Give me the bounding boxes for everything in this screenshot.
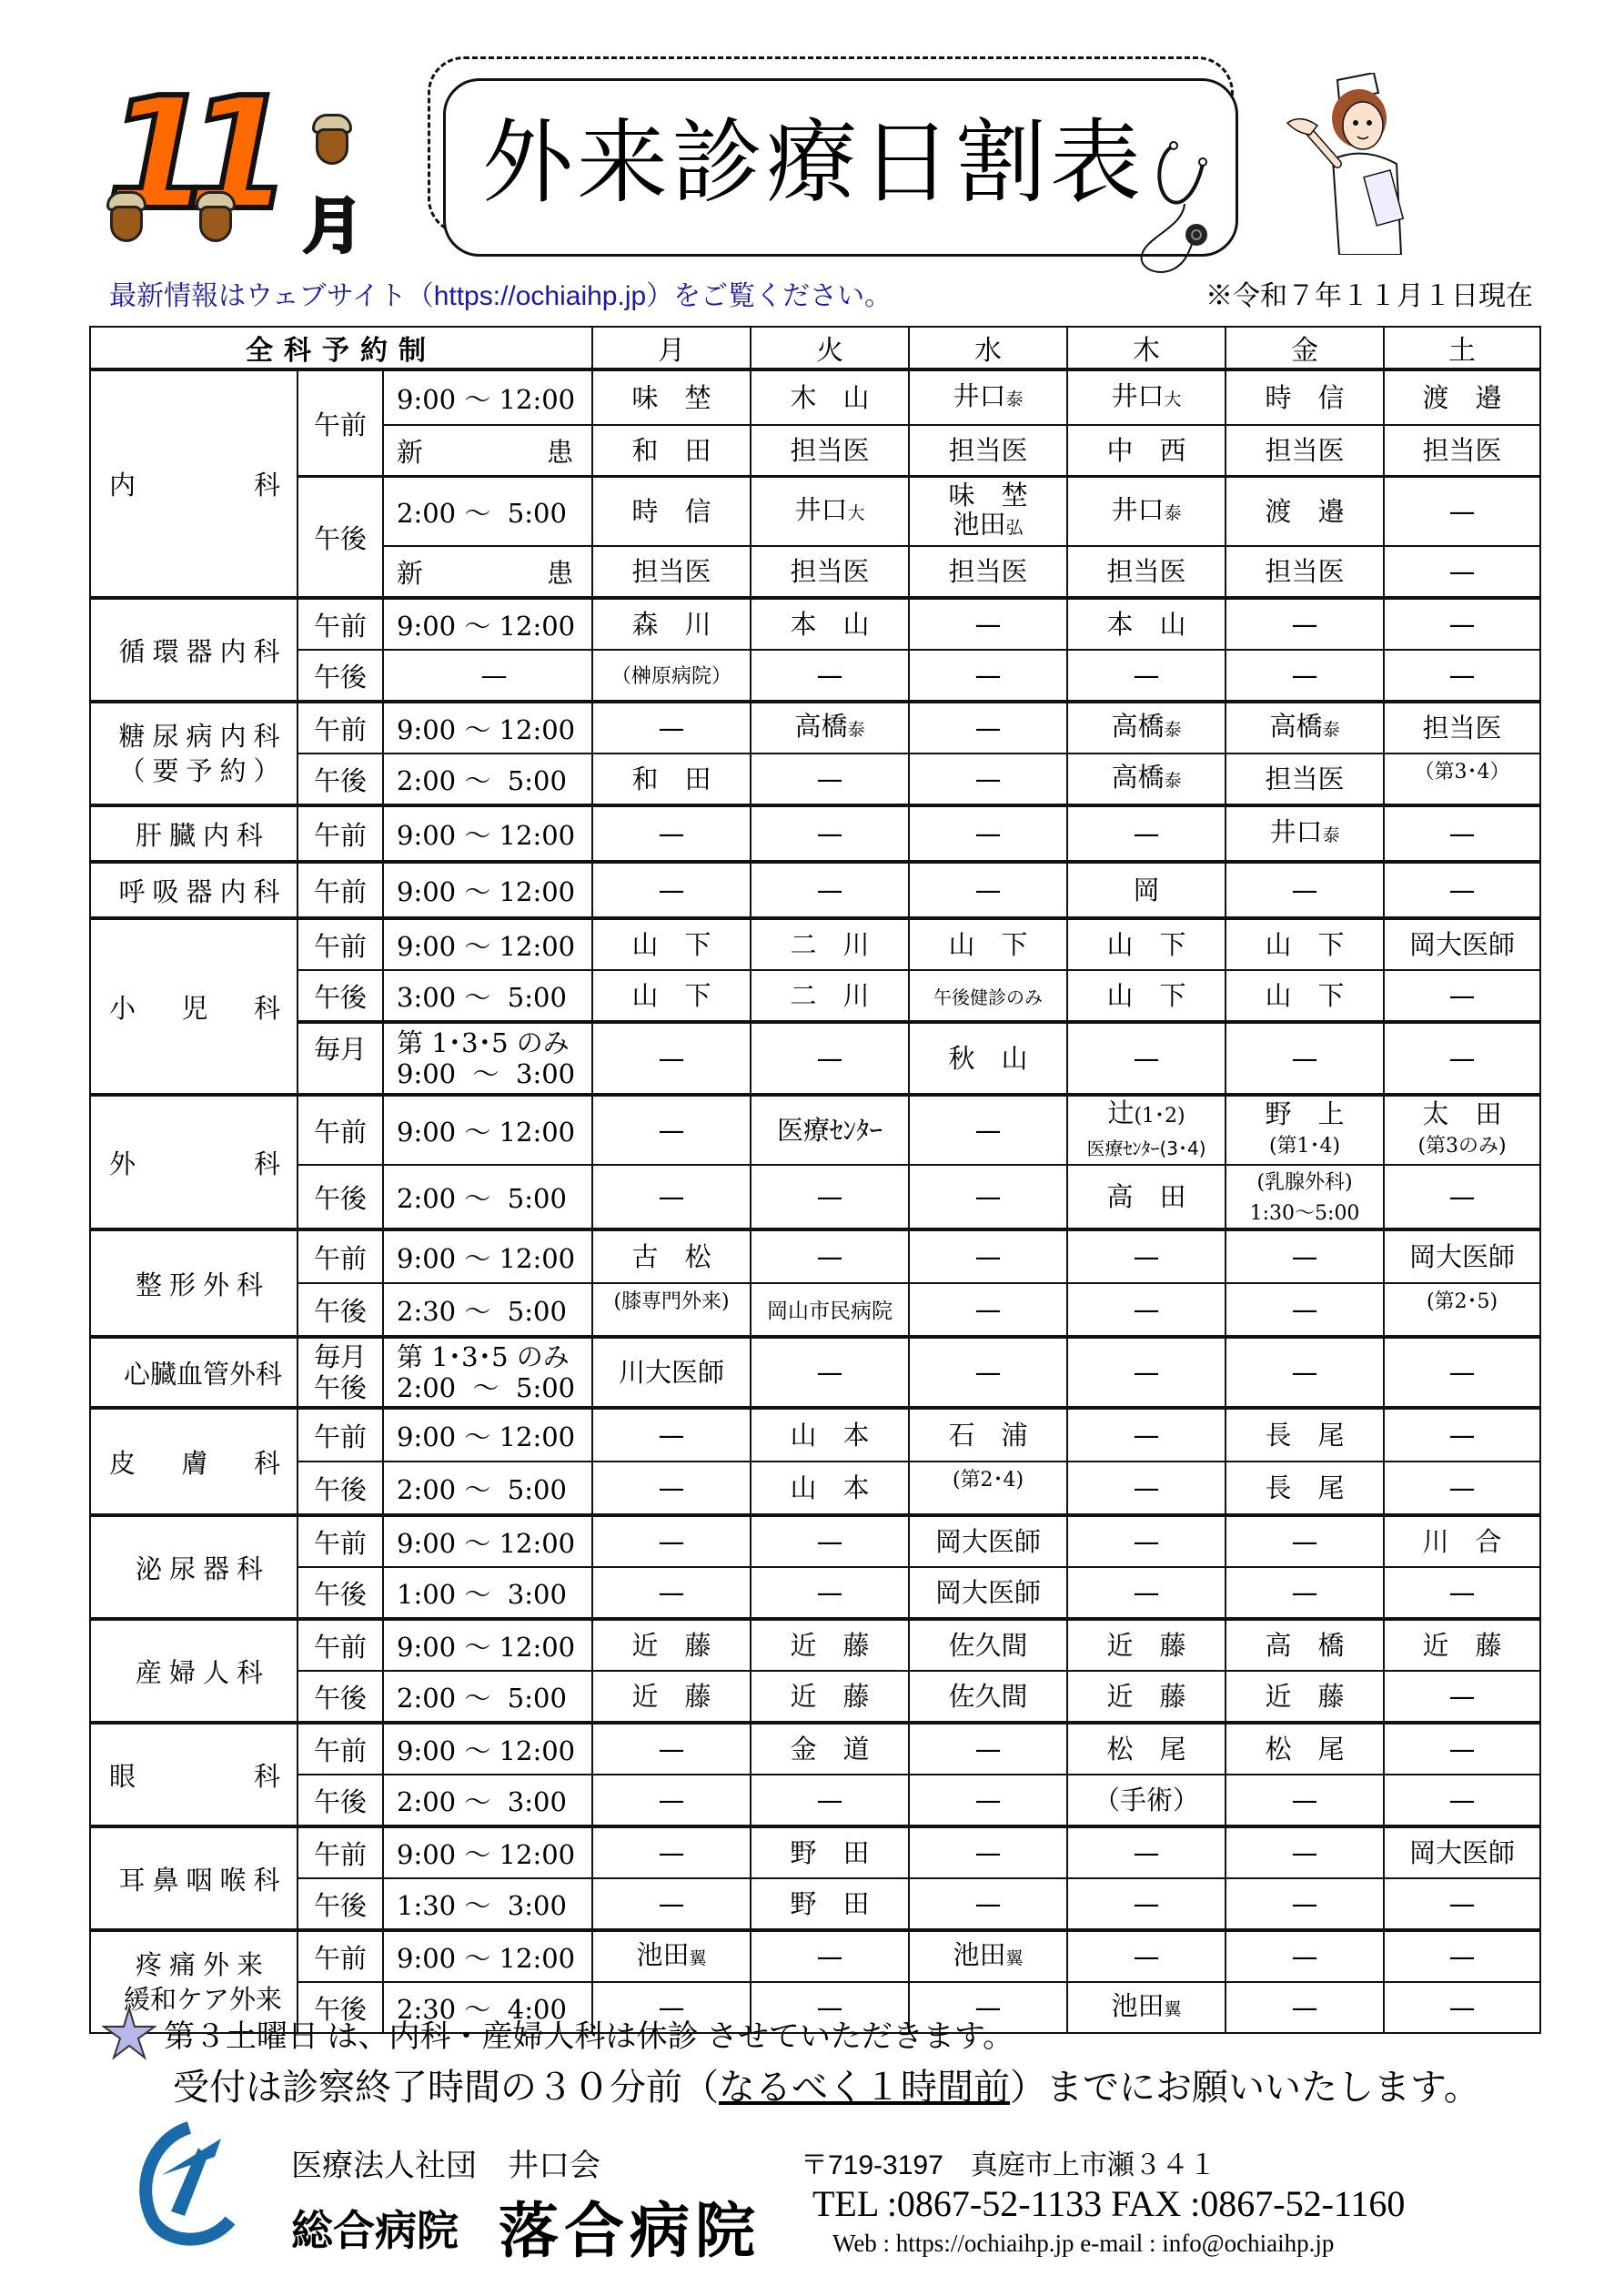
schedule-cell: 佐久間 [909,1619,1067,1671]
period-label: 午前 [298,1229,383,1283]
period-label: 午後 [298,477,383,599]
schedule-cell: 井口大 [1067,369,1226,425]
schedule-cell: 井口大 [751,477,909,547]
time-range: 2:00 ～ 5:00 [383,1165,592,1229]
schedule-cell: — [592,1515,751,1567]
schedule-cell: 山 下 [1226,970,1384,1022]
schedule-cell: 本 山 [751,598,909,650]
schedule-cell: 森 川 [592,598,751,650]
schedule-cell: 山 下 [1067,918,1226,970]
time-range: 1:30 ～ 3:00 [383,1878,592,1930]
schedule-cell: — [1226,1515,1384,1567]
schedule-cell: 岡大医師 [909,1567,1067,1619]
table-row: 産婦人科 午前 9:00 ～ 12:00 近 藤 近 藤 佐久間 近 藤 高 橋… [90,1619,1540,1671]
schedule-cell: — [592,1095,751,1165]
schedule-cell: — [1067,650,1226,702]
schedule-cell: — [1067,1515,1226,1567]
schedule-cell: 古 松 [592,1229,751,1283]
schedule-cell: 担当医 [592,546,751,598]
schedule-cell: 井口泰 [1226,805,1384,862]
schedule-cell: — [909,1723,1067,1775]
table-row: 循環器内科 午前 9:00 ～ 12:00 森 川 本 山 — 本 山 — — [90,598,1540,650]
schedule-cell: — [592,1878,751,1930]
title-frame: 外来診療日割表 [443,78,1238,257]
schedule-cell: 岡大医師 [1384,918,1540,970]
schedule-cell: 山 下 [909,918,1067,970]
time-range: 3:00 ～ 5:00 [383,970,592,1022]
time-range: 9:00 ～ 12:00 [383,598,592,650]
schedule-cell: — [1226,1878,1384,1930]
schedule-cell: 時 信 [592,477,751,547]
schedule-cell: — [1067,1826,1226,1878]
schedule-cell: — [592,1408,751,1462]
schedule-cell: 岡大医師 [1384,1826,1540,1878]
schedule-cell: 近 藤 [592,1671,751,1723]
schedule-cell: — [1226,1022,1384,1095]
period-label: 午前 [298,598,383,650]
schedule-cell: 近 藤 [1384,1619,1540,1671]
schedule-cell: (膝専門外来) [592,1283,751,1337]
page-title: 外来診療日割表 [446,108,1181,217]
period-label: 午前 [298,862,383,918]
period-label: 午前 [298,1826,383,1878]
schedule-cell: 二 川 [751,970,909,1022]
schedule-cell: — [592,1826,751,1878]
schedule-cell: — [1384,1930,1540,1982]
schedule-cell: 山 下 [1067,970,1226,1022]
schedule-cell: 松 尾 [1067,1723,1226,1775]
schedule-cell: — [592,1165,751,1229]
schedule-cell: — [909,1229,1067,1283]
schedule-cell: — [751,1775,909,1826]
schedule-cell: — [909,754,1067,805]
schedule-cell: 池田翼 [592,1930,751,1982]
schedule-cell: 近 藤 [592,1619,751,1671]
table-row: 小児科 午前 9:00 ～ 12:00 山 下 二 川 山 下 山 下 山 下 … [90,918,1540,970]
schedule-cell: — [1384,1408,1540,1462]
table-row: 整形外科 午前 9:00 ～ 12:00 古 松 — — — — 岡大医師 [90,1229,1540,1283]
time-range: 9:00 ～ 12:00 [383,1408,592,1462]
schedule-cell: — [751,1515,909,1567]
dept-otolaryngology: 耳鼻咽喉科 [90,1826,298,1930]
schedule-cell: 味 埜 [592,369,751,425]
schedule-cell: 近 藤 [1067,1619,1226,1671]
schedule-cell: 佐久間 [909,1671,1067,1723]
schedule-cell: 辻(1･2)医療ｾﾝﾀｰ(3･4) [1067,1095,1226,1165]
period-label: 午後 [298,1165,383,1229]
day-header-thu: 木 [1067,327,1226,369]
schedule-cell: — [1384,1878,1540,1930]
schedule-cell: 味 埜池田弘 [909,477,1067,547]
schedule-cell: 岡大医師 [1384,1229,1540,1283]
period-label: 午前 [298,1930,383,1982]
schedule-cell: 近 藤 [1067,1671,1226,1723]
schedule-cell: — [909,702,1067,754]
address: 〒719-3197 真庭市上市瀬３４１ [801,2142,1216,2182]
schedule-cell: — [1226,862,1384,918]
reception-notice: 受付は診察終了時間の３０分前（なるべく１時間前）までにお願いいたします。 [173,2058,1480,2110]
schedule-cell: 川大医師 [592,1337,751,1408]
schedule-cell: 川 合 [1384,1515,1540,1567]
schedule-cell: 山 下 [592,970,751,1022]
period-label: 午後 [298,1283,383,1337]
schedule-cell: （榊原病院） [592,650,751,702]
table-row: 午後 2:30 ～ 5:00 (膝専門外来) 岡山市民病院 — — — (第2･… [90,1283,1540,1337]
period-label: 毎月午後 [298,1337,383,1408]
new-patient-label: 新患 [383,425,592,477]
table-row: 糖尿病内科（要予約） 午前 9:00 ～ 12:00 — 高橋泰 — 高橋泰 高… [90,702,1540,754]
dept-hepatology: 肝臓内科 [90,805,298,862]
schedule-cell: 石 浦 [909,1408,1067,1462]
table-row: 午後 1:00 ～ 3:00 — — 岡大医師 — — — [90,1567,1540,1619]
month-suffix: 月 [303,177,363,264]
day-header-mon: 月 [592,327,751,369]
schedule-cell: 山 下 [1226,918,1384,970]
schedule-cell: — [1226,1337,1384,1408]
schedule-cell: — [1067,1878,1226,1930]
table-row: 泌尿器科 午前 9:00 ～ 12:00 — — 岡大医師 — — 川 合 [90,1515,1540,1567]
period-label: 午前 [298,1408,383,1462]
schedule-cell: 岡 [1067,862,1226,918]
schedule-cell: 野 上(第1･4) [1226,1095,1384,1165]
time-range: 9:00 ～ 12:00 [383,1229,592,1283]
table-row: 午後 2:00 ～ 5:00 — — — 高 田 (乳腺外科)1:30～5:00… [90,1165,1540,1229]
period-label: 午前 [298,1723,383,1775]
schedule-cell: 渡 邉 [1226,477,1384,547]
table-row: 午後 2:00 ～ 5:00 時 信 井口大 味 埜池田弘 井口泰 渡 邉 — [90,477,1540,547]
time-range: 第 1･3･5 のみ9:00 ～ 3:00 [383,1022,592,1095]
schedule-cell: 野 田 [751,1826,909,1878]
table-row: 心臓血管外科 毎月午後 第 1･3･5 のみ2:00 ～ 5:00 川大医師 —… [90,1337,1540,1408]
stethoscope-icon [1137,137,1237,282]
star-icon [102,2007,156,2061]
time-range: 9:00 ～ 12:00 [383,1095,592,1165]
table-row: 午後 1:30 ～ 3:00 — 野 田 — — — — [90,1878,1540,1930]
schedule-cell: — [1226,1826,1384,1878]
schedule-cell: — [592,1723,751,1775]
period-label: 午後 [298,1671,383,1723]
table-header-row: 全科予約制 月 火 水 木 金 土 [90,327,1540,369]
schedule-cell: 長 尾 [1226,1408,1384,1462]
schedule-cell: 木 山 [751,369,909,425]
schedule-cell: 山 下 [592,918,751,970]
schedule-cell: — [1384,1337,1540,1408]
table-row: 耳鼻咽喉科 午前 9:00 ～ 12:00 — 野 田 — — — 岡大医師 [90,1826,1540,1878]
schedule-cell: 金 道 [751,1723,909,1775]
day-header-tue: 火 [751,327,909,369]
period-label: 午後 [298,1462,383,1515]
period-label: 午後 [298,650,383,702]
schedule-table: 全科予約制 月 火 水 木 金 土 内科 午前 9:00 ～ 12:00 味 埜… [89,326,1541,2034]
schedule-cell: 松 尾 [1226,1723,1384,1775]
period-label: 午後 [298,1878,383,1930]
schedule-cell: 高橋泰 [1067,702,1226,754]
time-range: 9:00 ～ 12:00 [383,1826,592,1878]
schedule-cell: 担当医 [1384,425,1540,477]
time-range: 9:00 ～ 12:00 [383,702,592,754]
schedule-cell: 担当医 [751,425,909,477]
period-label: 午前 [298,702,383,754]
period-label: 午後 [298,1775,383,1826]
time-range: 2:00 ～ 5:00 [383,1462,592,1515]
schedule-cell: — [1067,1930,1226,1982]
time-range: 9:00 ～ 12:00 [383,369,592,425]
time-range: 1:00 ～ 3:00 [383,1567,592,1619]
schedule-cell: 担当医 [1067,546,1226,598]
schedule-cell: — [909,650,1067,702]
schedule-cell: — [1384,1165,1540,1229]
time-range: 2:00 ～ 3:00 [383,1775,592,1826]
schedule-cell: — [751,862,909,918]
schedule-cell: — [1384,805,1540,862]
period-label: 午前 [298,918,383,970]
schedule-cell: — [1067,1408,1226,1462]
time-range: 9:00 ～ 12:00 [383,805,592,862]
schedule-cell: (第2･5) [1384,1283,1540,1337]
table-row: 午後 3:00 ～ 5:00 山 下 二 川 午後健診のみ 山 下 山 下 — [90,970,1540,1022]
time-range: 2:00 ～ 5:00 [383,754,592,805]
schedule-cell: — [1384,1671,1540,1723]
schedule-cell: — [909,1095,1067,1165]
time-range: 9:00 ～ 12:00 [383,1723,592,1775]
schedule-cell: 秋 山 [909,1022,1067,1095]
schedule-cell: — [1067,1229,1226,1283]
schedule-cell: — [1067,805,1226,862]
schedule-cell: 和 田 [592,754,751,805]
website-notice: 最新情報はウェブサイト（https://ochiaihp.jp）をご覧ください。 [109,273,892,313]
schedule-cell: 岡山市民病院 [751,1283,909,1337]
dept-respiratory: 呼吸器内科 [90,862,298,918]
dept-internal-medicine: 内科 [90,369,298,598]
schedule-cell: 和 田 [592,425,751,477]
schedule-cell: 渡 邉 [1384,369,1540,425]
schedule-cell: 高 橋 [1226,1619,1384,1671]
schedule-cell: — [909,1165,1067,1229]
schedule-cell: 午後健診のみ [909,970,1067,1022]
schedule-cell: 時 信 [1226,369,1384,425]
schedule-cell: — [1226,1229,1384,1283]
schedule-cell: — [592,1567,751,1619]
period-label: 午前 [298,1619,383,1671]
schedule-cell: 長 尾 [1226,1462,1384,1515]
dept-obstetrics-gynecology: 産婦人科 [90,1619,298,1723]
time-range: 第 1･3･5 のみ2:00 ～ 5:00 [383,1337,592,1408]
schedule-cell: — [1384,970,1540,1022]
table-row: 外科 午前 9:00 ～ 12:00 — 医療ｾﾝﾀｰ — 辻(1･2)医療ｾﾝ… [90,1095,1540,1165]
schedule-cell: — [1384,1982,1540,2033]
table-row: 内科 午前 9:00 ～ 12:00 味 埜 木 山 井口泰 井口大 時 信 渡… [90,369,1540,425]
dept-cardiovascular-surgery: 心臓血管外科 [90,1337,298,1408]
schedule-cell: 医療ｾﾝﾀｰ [751,1095,909,1165]
day-header-wed: 水 [909,327,1067,369]
schedule-cell: 池田翼 [909,1930,1067,1982]
table-row: 疼痛外来緩和ケア外来 午前 9:00 ～ 12:00 池田翼 — 池田翼 — —… [90,1930,1540,1982]
dept-diabetes: 糖尿病内科（要予約） [90,702,298,805]
as-of-date: ※令和７年１１月１日現在 [1205,273,1533,313]
schedule-cell: — [592,1775,751,1826]
time-range: 9:00 ～ 12:00 [383,862,592,918]
schedule-cell: 担当医 [1384,702,1540,754]
schedule-cell: 野 田 [751,1878,909,1930]
schedule-cell: — [1384,1775,1540,1826]
schedule-cell: 担当医 [909,425,1067,477]
schedule-cell: — [1067,1462,1226,1515]
saturday-closed-notice: 第３土曜日 は、内科・産婦人科は休診 させていただきます。 [164,2011,1014,2056]
period-label: 午後 [298,970,383,1022]
dept-dermatology: 皮膚科 [90,1408,298,1515]
schedule-cell: 高橋泰 [751,702,909,754]
schedule-cell: — [909,805,1067,862]
schedule-cell: — [751,805,909,862]
schedule-cell: — [1067,1337,1226,1408]
period-label: 午前 [298,1515,383,1567]
table-row: 午後 2:00 ～ 3:00 — — — （手術） — — [90,1775,1540,1826]
schedule-cell: — [1384,1022,1540,1095]
schedule-cell: 山 本 [751,1462,909,1515]
schedule-cell: （第3･4） [1384,754,1540,805]
schedule-cell: — [1384,1567,1540,1619]
time-range: 2:00 ～ 5:00 [383,1671,592,1723]
tel-fax: TEL :0867-52-1133 FAX :0867-52-1160 [812,2182,1405,2225]
schedule-cell: — [592,1022,751,1095]
schedule-cell: — [909,1337,1067,1408]
schedule-cell: 二 川 [751,918,909,970]
schedule-cell: — [1226,650,1384,702]
table-row: 午後 2:00 ～ 5:00 近 藤 近 藤 佐久間 近 藤 近 藤 — [90,1671,1540,1723]
schedule-cell: 太 田(第3のみ) [1384,1095,1540,1165]
schedule-cell: — [592,862,751,918]
corporation-name: 医療法人社団 井口会 [291,2140,600,2185]
schedule-cell: — [1067,1022,1226,1095]
schedule-cell: — [751,1165,909,1229]
schedule-cell: — [592,1462,751,1515]
schedule-cell: 井口泰 [909,369,1067,425]
schedule-cell: — [1384,650,1540,702]
period-label: 午後 [298,754,383,805]
schedule-cell: — [1067,1567,1226,1619]
period-label: 午前 [298,369,383,477]
dept-orthopedics: 整形外科 [90,1229,298,1337]
time-range: 9:00 ～ 12:00 [383,918,592,970]
dept-ophthalmology: 眼科 [90,1723,298,1826]
all-reservation-label: 全科予約制 [90,327,592,369]
table-row: 呼吸器内科 午前 9:00 ～ 12:00 — — — 岡 — — [90,862,1540,918]
schedule-cell: — [592,805,751,862]
day-header-sat: 土 [1384,327,1540,369]
hospital-type: 総合病院 [291,2198,459,2258]
time-range: 2:30 ～ 5:00 [383,1283,592,1337]
acorn-icon [312,114,352,161]
schedule-cell: — [1226,1567,1384,1619]
dept-pediatrics: 小児科 [90,918,298,1095]
schedule-cell: — [909,1775,1067,1826]
schedule-cell: 井口泰 [1067,477,1226,547]
schedule-cell: 本 山 [1067,598,1226,650]
time-range: 9:00 ～ 12:00 [383,1515,592,1567]
schedule-cell: — [909,1878,1067,1930]
time-range: 2:00 ～ 5:00 [383,477,592,547]
dept-urology: 泌尿器科 [90,1515,298,1619]
time-range: 9:00 ～ 12:00 [383,1930,592,1982]
schedule-cell: — [1384,1462,1540,1515]
month-badge: 11 月 [105,77,378,250]
schedule-cell: 担当医 [1226,425,1384,477]
schedule-cell: 中 西 [1067,425,1226,477]
schedule-cell: — [1067,1283,1226,1337]
table-row: 午後 2:00 ～ 5:00 — 山 本 (第2･4) — 長 尾 — [90,1462,1540,1515]
dept-surgery: 外科 [90,1095,298,1229]
schedule-cell: — [1384,1723,1540,1775]
nurse-illustration [1283,73,1492,255]
period-label: 午前 [298,805,383,862]
schedule-cell: 近 藤 [751,1619,909,1671]
acorn-icon [196,191,236,238]
schedule-cell: 担当医 [751,546,909,598]
web-email: Web : https://ochiaihp.jp e-mail : info@… [832,2230,1334,2258]
schedule-cell: — [1226,1775,1384,1826]
schedule-cell: — [909,862,1067,918]
schedule-cell: (第2･4) [909,1462,1067,1515]
schedule-cell: 担当医 [909,546,1067,598]
schedule-cell: （手術） [1067,1775,1226,1826]
schedule-cell: 高橋泰 [1226,702,1384,754]
schedule-cell: 担当医 [1226,754,1384,805]
schedule-cell: 高橋泰 [1067,754,1226,805]
hospital-logo [135,2120,244,2248]
schedule-cell: — [751,650,909,702]
schedule-cell: — [1226,1982,1384,2033]
schedule-cell: — [751,1337,909,1408]
table-row: 眼科 午前 9:00 ～ 12:00 — 金 道 — 松 尾 松 尾 — [90,1723,1540,1775]
table-row: 肝臓内科 午前 9:00 ～ 12:00 — — — — 井口泰 — [90,805,1540,862]
schedule-cell: 岡大医師 [909,1515,1067,1567]
schedule-cell: — [1384,546,1540,598]
schedule-cell: — [751,754,909,805]
table-row: 午後 — （榊原病院） — — — — — [90,650,1540,702]
schedule-cell: (乳腺外科)1:30～5:00 [1226,1165,1384,1229]
schedule-cell: — [751,1567,909,1619]
schedule-cell: 山 本 [751,1408,909,1462]
schedule-cell: — [1384,862,1540,918]
schedule-cell: — [751,1022,909,1095]
schedule-cell: — [909,598,1067,650]
acorn-icon [106,191,146,238]
schedule-cell: 近 藤 [1226,1671,1384,1723]
schedule-cell: 高 田 [1067,1165,1226,1229]
day-header-fri: 金 [1226,327,1384,369]
new-patient-label: 新患 [383,546,592,598]
period-label: 毎月 [298,1022,383,1095]
time-range: 9:00 ～ 12:00 [383,1619,592,1671]
period-label: 午後 [298,1567,383,1619]
schedule-cell: — [1226,1930,1384,1982]
schedule-cell: 担当医 [1226,546,1384,598]
schedule-cell: — [1226,1283,1384,1337]
hospital-name: 落合病院 [499,2182,761,2269]
time-range: — [383,650,592,702]
schedule-cell: — [751,1229,909,1283]
schedule-cell: — [1226,598,1384,650]
dept-cardiology: 循環器内科 [90,598,298,702]
schedule-cell: — [592,702,751,754]
table-row: 毎月 第 1･3･5 のみ9:00 ～ 3:00 — — 秋 山 — — — [90,1022,1540,1095]
table-row: 皮膚科 午前 9:00 ～ 12:00 — 山 本 石 浦 — 長 尾 — [90,1408,1540,1462]
schedule-cell: — [1384,477,1540,547]
schedule-cell: — [1384,598,1540,650]
schedule-cell: 近 藤 [751,1671,909,1723]
schedule-cell: — [909,1283,1067,1337]
period-label: 午前 [298,1095,383,1165]
